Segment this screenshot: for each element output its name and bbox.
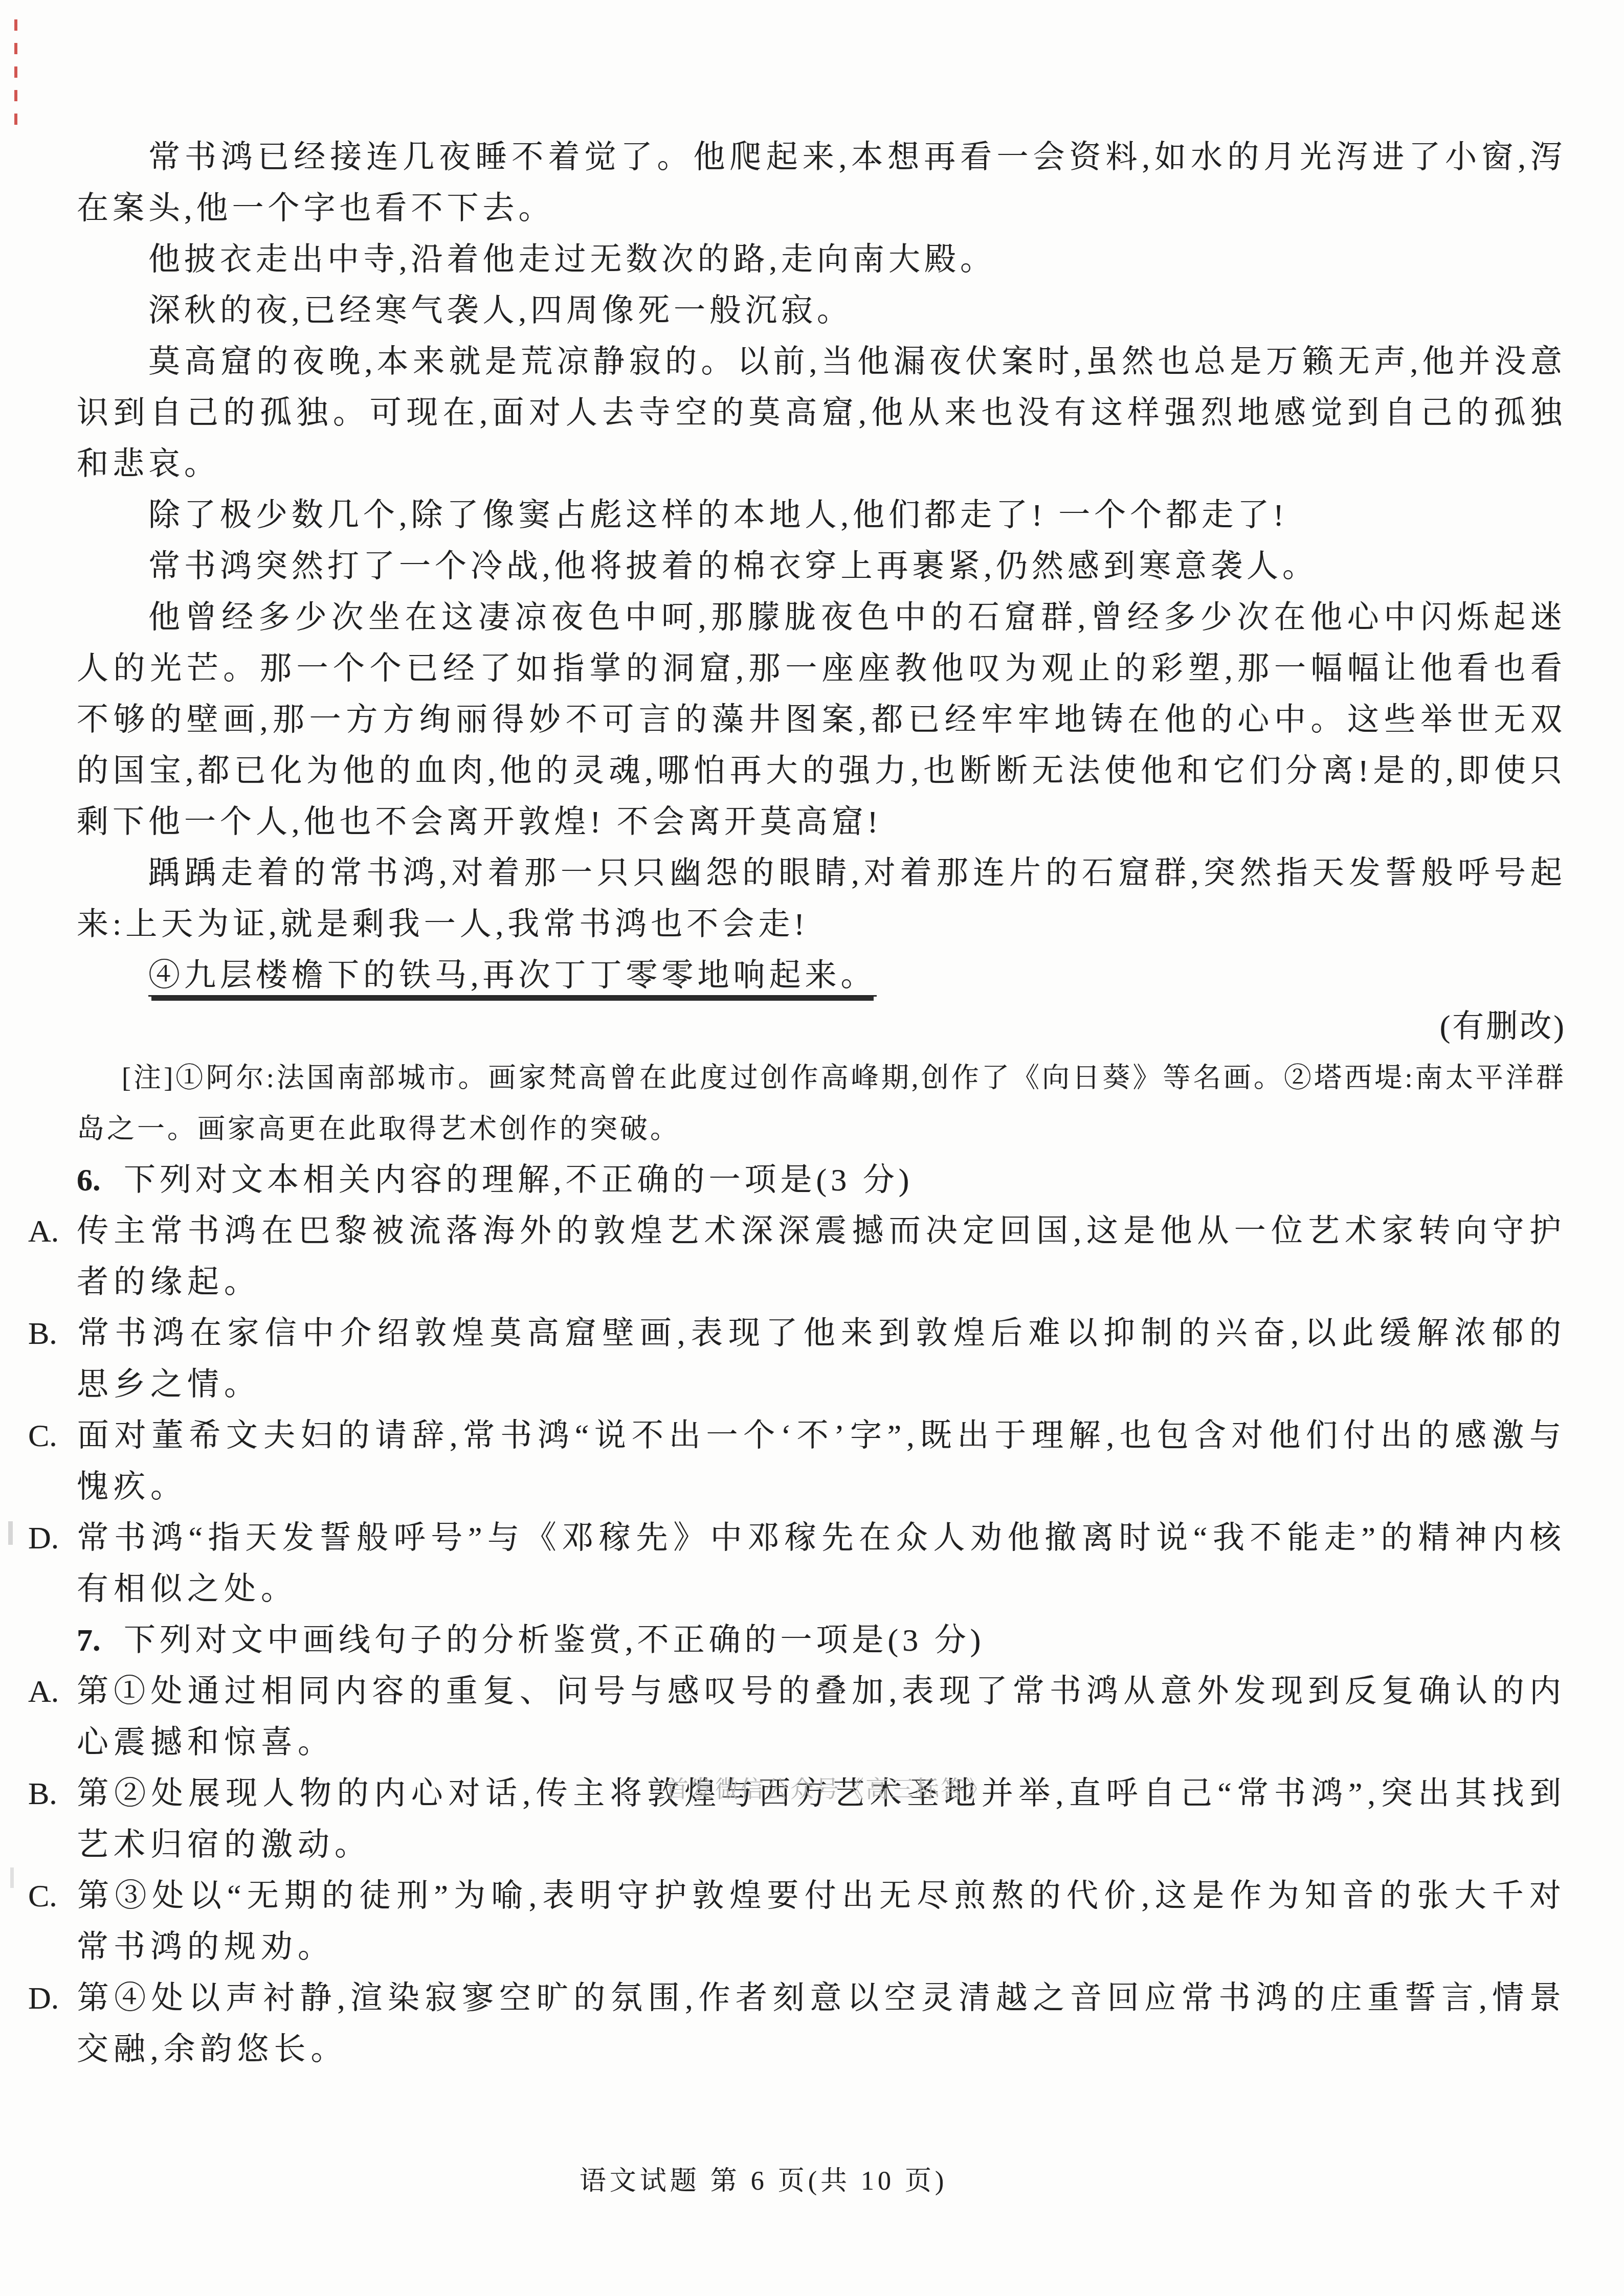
option-text: 第③处以“无期的徒刑”为喻,表明守护敦煌要付出无尽煎熬的代价,这是作为知音的张大… <box>77 1879 1566 1965</box>
option-text: 常书鸿在家信中介绍敦煌莫高窟壁画,表现了他来到敦煌后难以抑制的兴奋,以此缓解浓郁… <box>77 1316 1566 1402</box>
passage-paragraph: 深秋的夜,已经寒气袭人,四周像死一般沉寂。 <box>77 285 1566 336</box>
option-text: 第④处以声衬静,渲染寂寥空旷的氛围,作者刻意以空灵清越之音回应常书鸿的庄重誓言,… <box>77 1981 1566 2067</box>
page-footer: 语文试题 第 6 页(共 10 页) <box>0 2159 1575 2197</box>
question-7: 7.下列对文中画线句子的分析鉴赏,不正确的一项是(3 分) A.第①处通过相同内… <box>77 1615 1566 2075</box>
question-6-option-d: D.常书鸿“指天发誓般呼号”与《邓稼先》中邓稼先在众人劝他撤离时说“我不能走”的… <box>77 1513 1566 1615</box>
option-text: 传主常书鸿在巴黎被流落海外的敦煌艺术深深震撼而决定回国,这是他从一位艺术家转向守… <box>77 1214 1566 1300</box>
passage-paragraph: 常书鸿突然打了一个冷战,他将披着的棉衣穿上再裹紧,仍然感到寒意袭人。 <box>77 541 1566 592</box>
question-6-stem: 6.下列对文本相关内容的理解,不正确的一项是(3 分) <box>77 1155 1566 1206</box>
option-label: A. <box>28 1666 77 1717</box>
option-label: C. <box>28 1410 77 1461</box>
question-number: 7. <box>77 1615 124 1666</box>
question-7-stem: 7.下列对文中画线句子的分析鉴赏,不正确的一项是(3 分) <box>77 1615 1566 1666</box>
option-label: A. <box>28 1206 77 1257</box>
question-number: 6. <box>77 1155 124 1206</box>
option-text: 第①处通过相同内容的重复、问号与感叹号的叠加,表现了常书鸿从意外发现到反复确认的… <box>77 1674 1566 1760</box>
passage-paragraph: 莫高窟的夜晚,本来就是荒凉静寂的。以前,当他漏夜伏案时,虽然也总是万籁无声,他并… <box>77 336 1566 490</box>
scan-artifact-red-dashes <box>14 19 17 134</box>
question-stem-text: 下列对文中画线句子的分析鉴赏,不正确的一项是(3 分) <box>124 1623 985 1658</box>
option-label: C. <box>28 1871 77 1922</box>
option-text: 面对董希文夫妇的请辞,常书鸿“说不出一个‘不’字”,既出于理解,也包含对他们付出… <box>77 1419 1566 1504</box>
underlined-sentence-4: ④九层楼檐下的铁马,再次丁丁零零地响起来。 <box>77 950 1566 1001</box>
option-text: 常书鸿“指天发誓般呼号”与《邓稼先》中邓稼先在众人劝他撤离时说“我不能走”的精神… <box>77 1521 1566 1607</box>
question-6: 6.下列对文本相关内容的理解,不正确的一项是(3 分) A.传主常书鸿在巴黎被流… <box>77 1155 1566 1615</box>
option-label: D. <box>28 1513 77 1564</box>
scan-artifact-gray-tick <box>8 1521 13 1545</box>
footnote: [注]①阿尔:法国南部城市。画家梵高曾在此度过创作高峰期,创作了《向日葵》等名画… <box>77 1052 1566 1155</box>
passage-paragraph: 常书鸿已经接连几夜睡不着觉了。他爬起来,本想再看一会资料,如水的月光泻进了小窗,… <box>77 132 1566 234</box>
scan-artifact-gray-tick <box>10 1867 14 1888</box>
passage-paragraph: 他曾经多少次坐在这凄凉夜色中呵,那朦胧夜色中的石窟群,曾经多少次在他心中闪烁起迷… <box>77 592 1566 848</box>
question-6-option-b: B.常书鸿在家信中介绍敦煌莫高窟壁画,表现了他来到敦煌后难以抑制的兴奋,以此缓解… <box>77 1308 1566 1410</box>
scanned-exam-page: 常书鸿已经接连几夜睡不着觉了。他爬起来,本想再看一会资料,如水的月光泻进了小窗,… <box>0 0 1624 2296</box>
option-label: B. <box>28 1308 77 1359</box>
passage-paragraph: 除了极少数几个,除了像窦占彪这样的本地人,他们都走了! 一个个都走了! <box>77 490 1566 541</box>
question-stem-text: 下列对文本相关内容的理解,不正确的一项是(3 分) <box>124 1163 913 1198</box>
question-6-option-a: A.传主常书鸿在巴黎被流落海外的敦煌艺术深深震撼而决定回国,这是他从一位艺术家转… <box>77 1206 1566 1308</box>
question-7-option-a: A.第①处通过相同内容的重复、问号与感叹号的叠加,表现了常书鸿从意外发现到反复确… <box>77 1666 1566 1768</box>
question-6-option-c: C.面对董希文夫妇的请辞,常书鸿“说不出一个‘不’字”,既出于理解,也包含对他们… <box>77 1410 1566 1513</box>
option-label: B. <box>28 1768 77 1819</box>
passage-paragraph: 踽踽走着的常书鸿,对着那一只只幽怨的眼睛,对着那连片的石窟群,突然指天发誓般呼号… <box>77 848 1566 950</box>
wechat-watermark: 首发微信公众号《高三标答》 <box>665 1770 991 1804</box>
option-label: D. <box>28 1973 77 2024</box>
attribution-note: (有删改) <box>77 1001 1566 1052</box>
question-7-option-d: D.第④处以声衬静,渲染寂寥空旷的氛围,作者刻意以空灵清越之音回应常书鸿的庄重誓… <box>77 1973 1566 2075</box>
passage-paragraph: 他披衣走出中寺,沿着他走过无数次的路,走向南大殿。 <box>77 234 1566 285</box>
question-7-option-c: C.第③处以“无期的徒刑”为喻,表明守护敦煌要付出无尽煎熬的代价,这是作为知音的… <box>77 1871 1566 1973</box>
